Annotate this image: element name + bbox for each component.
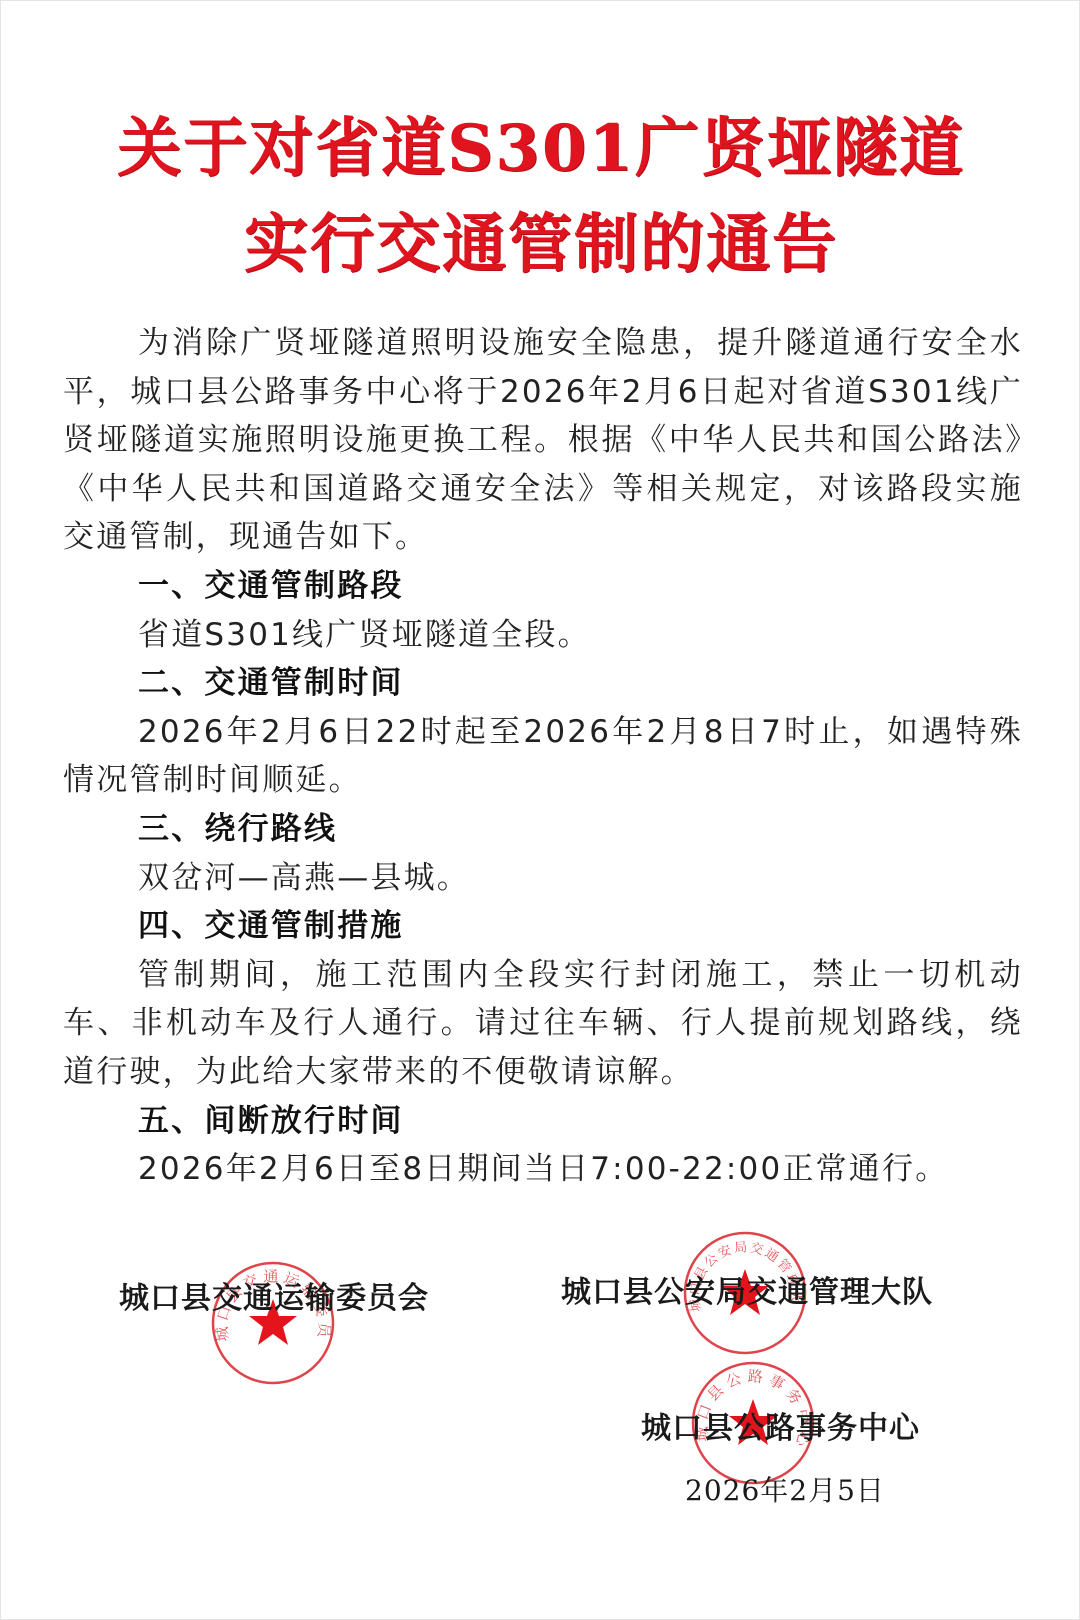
notice-document: 关于对省道S301广贤垭隧道 实行交通管制的通告 为消除广贤垭隧道照明设施安全隐… [0,0,1080,1620]
section-content-detour: 双岔河—高燕—县城。 [63,854,1023,903]
section-content-road: 省道S301线广贤垭隧道全段。 [63,611,1023,660]
notice-title-line1: 关于对省道S301广贤垭隧道 [1,97,1080,189]
signatory-transport-committee: 城口县交通运输委员会 [119,1273,429,1317]
section-heading-road: 一、交通管制路段 [63,562,1023,611]
section-content-measures: 管制期间，施工范围内全段实行封闭施工，禁止一切机动车、非机动车及行人通行。请过往… [63,951,1023,1097]
section-content-release: 2026年2月6日至8日期间当日7:00-22:00正常通行。 [63,1145,1023,1194]
section-heading-detour: 三、绕行路线 [63,805,1023,854]
notice-title-line2: 实行交通管制的通告 [1,193,1080,285]
intro-paragraph: 为消除广贤垭隧道照明设施安全隐患，提升隧道通行安全水平，城口县公路事务中心将于2… [63,319,1023,562]
notice-date: 2026年2月5日 [685,1469,885,1509]
section-heading-release: 五、间断放行时间 [63,1097,1023,1146]
signatory-traffic-police: 城口县公安局交通管理大队 [561,1267,933,1311]
signatory-highway-center: 城口县公路事务中心 [641,1403,920,1447]
section-heading-time: 二、交通管制时间 [63,659,1023,708]
section-heading-measures: 四、交通管制措施 [63,902,1023,951]
section-content-time: 2026年2月6日22时起至2026年2月8日7时止，如遇特殊情况管制时间顺延。 [63,708,1023,805]
notice-body: 为消除广贤垭隧道照明设施安全隐患，提升隧道通行安全水平，城口县公路事务中心将于2… [63,319,1023,1194]
